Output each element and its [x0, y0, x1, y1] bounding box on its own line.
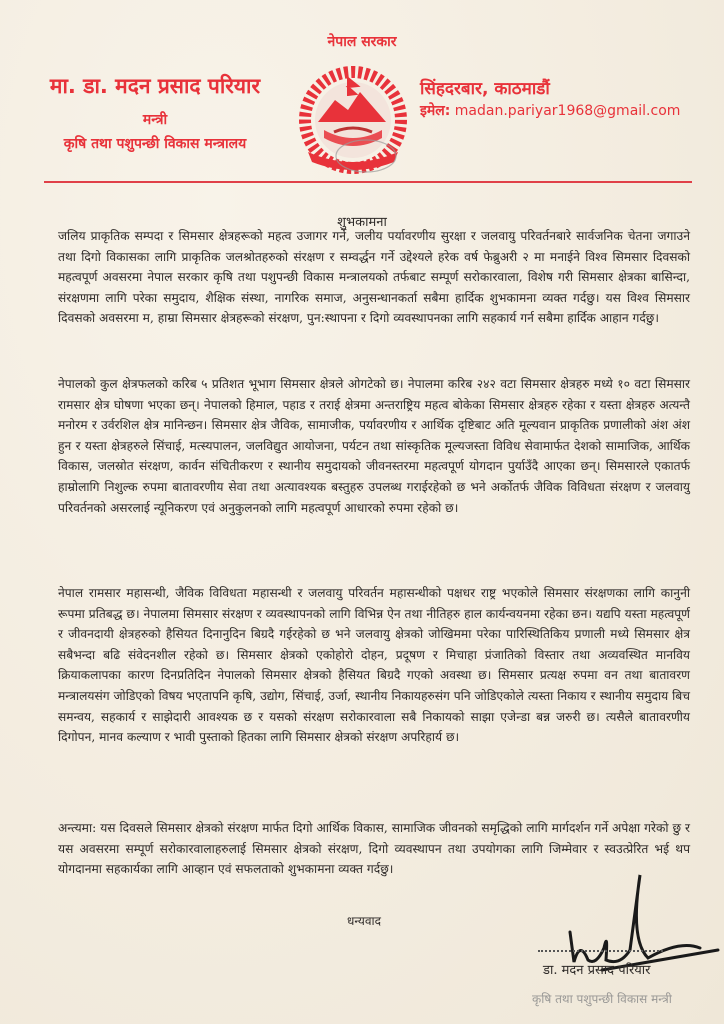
paragraph-2: नेपालको कुल क्षेत्रफलको करिब ५ प्रतिशत भ… — [58, 374, 690, 518]
nepal-emblem-icon — [290, 60, 416, 180]
signature-line — [538, 950, 663, 952]
letter-page: नेपाल सरकार मा. डा. मदन प्रसाद परियार मन… — [0, 0, 724, 1024]
minister-role: मन्त्री — [30, 110, 280, 129]
minister-name: मा. डा. मदन प्रसाद परियार — [30, 72, 280, 100]
paragraph-1: जलिय प्राकृतिक सम्पदा र सिमसार क्षेत्रहर… — [58, 226, 690, 329]
office-address: सिंहदरबार, काठमाडौं — [420, 76, 550, 99]
email-address[interactable]: madan.pariyar1968@gmail.com — [455, 103, 681, 119]
header-divider — [44, 181, 692, 183]
signer-name: डा. मदन प्रसाद परियार — [543, 960, 651, 978]
ministry-name: कृषि तथा पशुपन्छी विकास मन्त्रालय — [30, 134, 280, 153]
government-heading: नेपाल सरकार — [0, 32, 724, 51]
official-stamp: कृषि तथा पशुपन्छी विकास मन्त्री — [532, 990, 672, 1007]
email-line: इमेल: madan.pariyar1968@gmail.com — [420, 101, 680, 120]
paragraph-3: नेपाल रामसार महासन्धी, जैविक विविधता महा… — [58, 583, 690, 748]
email-label: इमेल: — [420, 103, 450, 119]
closing-text: धन्यवाद — [347, 912, 381, 929]
